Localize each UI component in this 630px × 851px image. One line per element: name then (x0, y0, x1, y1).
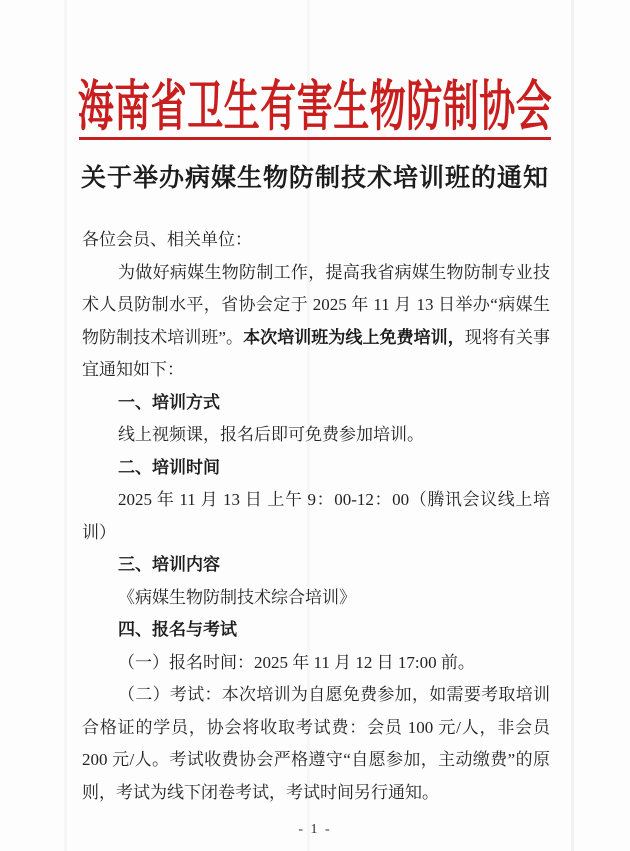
section-training-content: 三、培训内容 《病媒生物防制技术综合培训》 (82, 549, 550, 614)
section-1-heading: 一、培训方式 (82, 387, 550, 420)
intro-text-bold: 本次培训班为线上免费培训， (243, 328, 465, 347)
section-training-time: 二、培训时间 2025 年 11 月 13 日 上午 9：00-12：00（腾讯… (82, 452, 550, 550)
section-3-heading: 三、培训内容 (82, 549, 550, 582)
section-1-paragraph: 线上视频课，报名后即可免费参加培训。 (82, 419, 550, 452)
page-number: - 1 - (0, 822, 630, 838)
scan-artifact-streak (64, 0, 67, 851)
scan-artifact-streak (571, 0, 574, 851)
section-4-heading: 四、报名与考试 (82, 614, 550, 647)
section-2-paragraph: 2025 年 11 月 13 日 上午 9：00-12：00（腾讯会议线上培训） (82, 484, 550, 549)
intro-paragraph: 为做好病媒生物防制工作，提高我省病媒生物防制专业技术人员防制水平，省协会定于 2… (82, 257, 550, 387)
section-3-paragraph: 《病媒生物防制技术综合培训》 (82, 582, 550, 615)
organization-title-text: 海南省卫生有害生物防制协会 (78, 64, 553, 142)
section-4-paragraph-2: （二）考试：本次培训为自愿免费参加，如需要考取培训合格证的学员，协会将收取考试费… (82, 679, 550, 809)
document-title: 关于举办病媒生物防制技术培训班的通知 (0, 158, 630, 194)
section-2-heading: 二、培训时间 (82, 452, 550, 485)
organization-title: 海南省卫生有害生物防制协会 (0, 64, 630, 115)
red-divider-rule (79, 137, 551, 140)
document-body: 各位会员、相关单位： 为做好病媒生物防制工作，提高我省病媒生物防制专业技术人员防… (82, 224, 550, 809)
salutation-line: 各位会员、相关单位： (82, 224, 550, 257)
section-4-paragraph-1: （一）报名时间：2025 年 11 月 12 日 17:00 前。 (82, 647, 550, 680)
section-registration-exam: 四、报名与考试 （一）报名时间：2025 年 11 月 12 日 17:00 前… (82, 614, 550, 809)
section-training-method: 一、培训方式 线上视频课，报名后即可免费参加培训。 (82, 387, 550, 452)
